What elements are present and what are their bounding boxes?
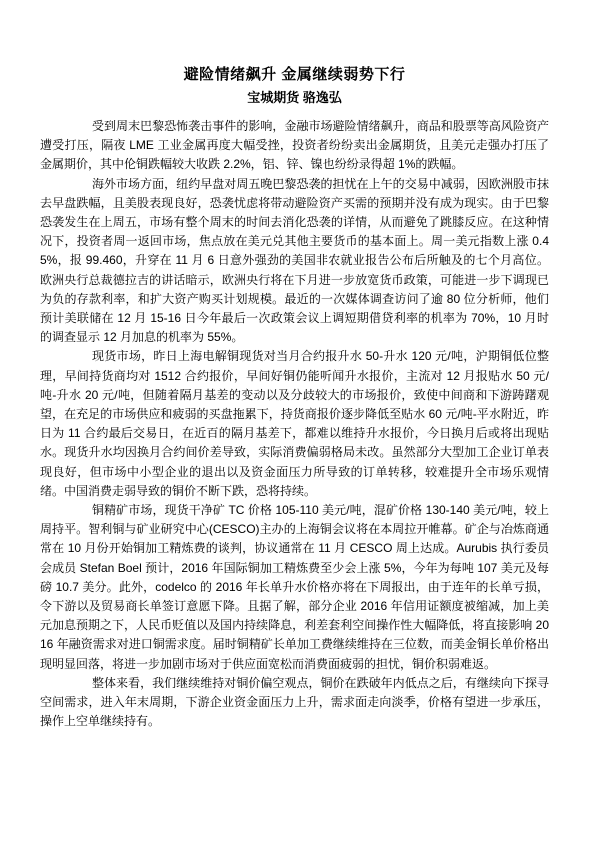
article-paragraph-5: 整体来看，我们继续维持对铜价偏空观点，铜价在跌破年内低点之后，有继续向下探寻空间…	[40, 674, 549, 732]
article-body: 受到周末巴黎恐怖袭击事件的影响，金融市场避险情绪飙升，商品和股票等高风险资产遭受…	[40, 117, 549, 732]
article-paragraph-4: 铜精矿市场，现货干净矿 TC 价格 105-110 美元/吨，混矿价格 130-…	[40, 501, 549, 674]
article-paragraph-2: 海外市场方面，纽约早盘对周五晚巴黎恐袭的担忧在上午的交易中减弱，因欧洲股市抹去早…	[40, 175, 549, 348]
article-byline: 宝城期货 骆逸弘	[40, 88, 549, 108]
article-title: 避险情绪飙升 金属继续弱势下行	[40, 64, 549, 86]
document-page: 避险情绪飙升 金属继续弱势下行 宝城期货 骆逸弘 受到周末巴黎恐怖袭击事件的影响…	[0, 0, 595, 842]
article-paragraph-1: 受到周末巴黎恐怖袭击事件的影响，金融市场避险情绪飙升，商品和股票等高风险资产遭受…	[40, 117, 549, 175]
article-paragraph-3: 现货市场，昨日上海电解铜现货对当月合约报升水 50-升水 120 元/吨，沪期铜…	[40, 347, 549, 501]
